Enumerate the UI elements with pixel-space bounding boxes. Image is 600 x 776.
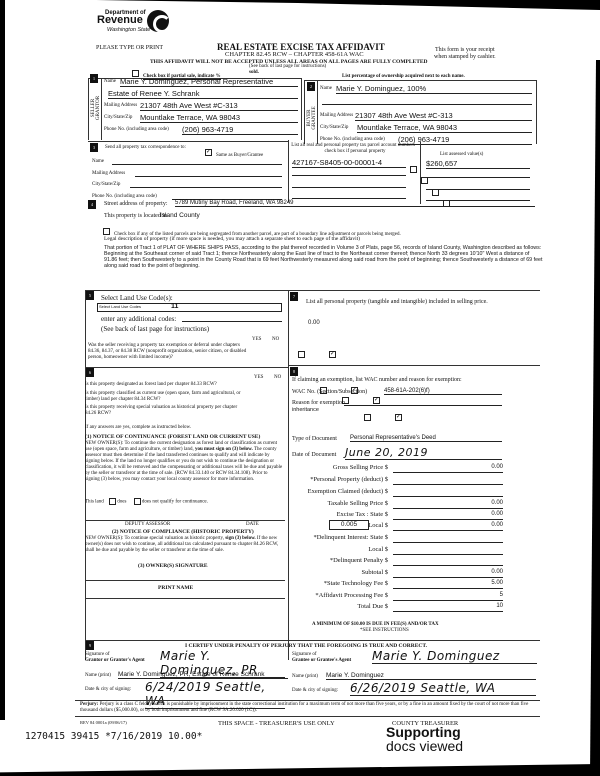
fee-value[interactable]: 0.00 (491, 500, 503, 506)
partial-sale-checkbox[interactable] (132, 70, 139, 77)
grantee-date-field[interactable]: 6/26/2019 Seattle, WA (350, 681, 536, 696)
additional-codes-label: enter any additional codes: (101, 315, 176, 323)
affidavit-page: Department of Revenue Washington State P… (0, 0, 600, 776)
wac-field[interactable]: 458-61A-202(6)f) (384, 388, 502, 395)
receipt-note-2: when stamped by cashier. (434, 54, 496, 61)
grantor-name-field[interactable]: Marie Y. Dominguez, PR, Estate of Renee … (118, 671, 288, 679)
form-chapter: CHAPTER 82.45 RCW – CHAPTER 458-61A WAC (225, 51, 364, 58)
dor-logo-icon (147, 10, 169, 32)
reason-label: Reason for exemption (292, 400, 345, 407)
section-7-badge: 7 (290, 292, 298, 301)
fee-value[interactable]: 10 (496, 603, 503, 609)
continuance-row: This land does does not qualify for cont… (85, 498, 208, 506)
land-use-code: 11 (171, 303, 178, 310)
seller-name-field[interactable]: Marie Y. Dominguez, Personal Representat… (120, 77, 298, 87)
seller-phone-label: Phone No. (including area code) (104, 127, 169, 133)
forest-if-yes: If any answers are yes, complete as inst… (85, 425, 191, 431)
grantor-name-label: Name (print) (85, 673, 111, 679)
fee-exemption-claimed: Exemption Claimed (deduct) $ (285, 488, 505, 499)
deputy-date-label: DATE (246, 522, 259, 528)
perjury-notice: Perjury: Perjury is a class C felony whi… (80, 702, 540, 714)
land-use-placeholder: Select Land Use Codes (99, 304, 141, 309)
fee-delinquent-interest-state: *Delinquent Interest: State $ (285, 534, 505, 545)
see-instructions-note: *SEE INSTRUCTIONS (360, 628, 409, 634)
notice2-text: NEW OWNER(S): To continue special valuat… (85, 536, 283, 554)
seller-phone-field[interactable]: (206) 963-4719 (182, 125, 298, 135)
section-5-badge: 5 (86, 291, 94, 300)
corr-name-label: Name (92, 159, 104, 165)
reason-field[interactable]: inheritance (292, 407, 319, 413)
exemption-claim-label: If claiming an exemption, list WAC numbe… (292, 377, 462, 384)
forest-question-2: Is this property classified as current u… (85, 391, 245, 403)
corr-phone-label: Phone No. (including area code) (92, 194, 157, 200)
agency-state: Washington State (107, 27, 150, 33)
land-use-yes-header: YES (252, 337, 261, 343)
corr-city-label: City/State/Zip (92, 182, 120, 188)
seller-name-label: Name (104, 79, 116, 85)
county-label: This property is located in (104, 213, 167, 220)
forest-question-1: Is this property designated as forest la… (85, 382, 250, 388)
fee-total-due: Total Due $ 10 (285, 603, 505, 614)
forest-no-header: NO (274, 375, 281, 381)
grantor-sig-label-2: Grantor or Grantor's Agent (85, 658, 145, 664)
land-use-select[interactable]: Select Land Use Codes 11 (97, 303, 282, 312)
owner-signature-field[interactable] (85, 580, 285, 581)
section-3-badge: 3 (90, 143, 98, 152)
scan-edge-left (0, 0, 5, 720)
fee-value[interactable]: 5.00 (491, 580, 503, 586)
doc-date-label: Date of Document (292, 452, 336, 459)
section-8-badge: 8 (290, 367, 298, 376)
fee-excise-state: Excise Tax : State $ 0.00 (285, 511, 505, 522)
corr-mailing-label: Mailing Address (92, 171, 125, 177)
print-name-label: PRINT NAME (158, 585, 193, 591)
notice2-title: (2) NOTICE OF COMPLIANCE (HISTORIC PROPE… (112, 529, 254, 535)
forest-question-3: Is this property receiving special valua… (85, 405, 245, 417)
street-address-label: Street address of property: (104, 201, 167, 208)
forest-q3-no-checkbox[interactable] (395, 414, 402, 421)
correspondence-label: Send all property tax correspondence to: (105, 145, 186, 151)
assessed-value-3[interactable] (426, 182, 530, 190)
deputy-assessor-label: DEPUTY ASSESSOR (125, 522, 170, 528)
buyer-mailing-label: Mailing Address (320, 113, 353, 119)
forest-yes-header: YES (254, 375, 263, 381)
personal-property-label: List all personal property (tangible and… (306, 299, 531, 306)
buyer-name-field[interactable]: Marie Y. Dominguez, 100% (336, 84, 532, 94)
fee-value[interactable]: 0.00 (491, 522, 503, 528)
parcel-number-2[interactable] (292, 168, 406, 176)
fee-delinquent-interest-local: Local $ (285, 546, 505, 557)
scan-edge-bottom (0, 764, 600, 776)
exemption-yes-checkbox[interactable] (298, 351, 305, 358)
section-4-badge: 4 (88, 200, 96, 209)
personal-property-value[interactable]: 0.00 (308, 320, 320, 326)
parcel-number-3[interactable] (292, 180, 406, 188)
corr-name-field[interactable] (112, 157, 282, 165)
same-as-buyer-checkbox[interactable] (205, 149, 212, 156)
wac-label: WAC No. (Section/Subsection) (292, 389, 367, 396)
fee-taxable-selling-price: Taxable Selling Price $ 0.00 (285, 500, 505, 511)
grantee-name-label: Name (print) (292, 674, 318, 680)
doc-type-field[interactable]: Personal Representative's Deed (350, 435, 502, 442)
county-value: Island County (160, 212, 200, 219)
doc-date-field[interactable]: June 20, 2019 (345, 446, 502, 460)
fee-subtotal: Subtotal $ 0.00 (285, 569, 505, 580)
grantee-name-field[interactable]: Marie Y. Dominguez (326, 672, 536, 680)
see-back-note: (See back of last page for instructions) (249, 64, 326, 70)
fee-state-technology: *State Technology Fee $ 5.00 (285, 580, 505, 591)
street-address-field[interactable]: 5789 Mutiny Bay Road, Freeland, WA 98249 (175, 200, 535, 207)
stamp-docs-viewed: docs viewed (386, 739, 463, 753)
land-use-see-back: (See back of last page for instructions) (101, 325, 209, 333)
assessed-value-1[interactable]: $260,657 (426, 159, 530, 169)
seller-mailing-field[interactable]: 21307 48th Ave West #C-313 (140, 101, 298, 111)
seller-city-label: City/State/Zip (104, 115, 132, 121)
sold-label: sold. (249, 70, 259, 76)
notice1-title: (1) NOTICE OF CONTINUANCE (FOREST LAND O… (85, 434, 260, 440)
parcel-number-4[interactable] (292, 191, 406, 199)
seller-city-field[interactable]: Mountlake Terrace, WA 98043 (140, 113, 298, 123)
legal-description[interactable]: That portion of Tract 1 of PLAT OF WHERE… (104, 245, 544, 269)
fee-personal-property: *Personal Property (deduct) $ (285, 476, 505, 487)
grantee-signature-field[interactable]: Marie Y. Dominguez (372, 649, 537, 664)
stamp-supporting: Supporting (386, 725, 461, 739)
corr-phone-field[interactable] (172, 192, 282, 200)
seller-side-label: SELLER GRANTOR (91, 88, 101, 128)
fee-affidavit-processing: *Affidavit Processing Fee $ 5 (285, 592, 505, 603)
segregated-checkbox[interactable] (103, 228, 110, 235)
agency-name: Revenue (97, 15, 143, 26)
assessed-value-header: List assessed value(s) (440, 152, 483, 158)
owner-signature-label: (3) OWNER(S) SIGNATURE (138, 563, 208, 569)
buyer-mailing-field[interactable]: 21307 48th Ave West #C-313 (355, 111, 532, 121)
treasurer-use-label: THIS SPACE - TREASURER'S USE ONLY (218, 720, 335, 727)
receipt-note-1: This form is your receipt (435, 47, 495, 54)
section-2-badge: 2 (307, 82, 315, 91)
legal-desc-label: Legal description of property (if more s… (104, 236, 360, 242)
fee-excise-local: Local $ 0.00 (285, 522, 505, 533)
buyer-city-label: City/State/Zip (320, 125, 348, 131)
land-use-label: Select Land Use Code(s): (101, 294, 173, 302)
additional-codes-field[interactable] (182, 314, 282, 322)
please-type-label: PLEASE TYPE OR PRINT (96, 45, 163, 52)
fee-value[interactable]: 0.00 (491, 569, 503, 575)
forest-q3-yes-checkbox[interactable] (364, 414, 371, 421)
fee-value[interactable]: 0.00 (491, 511, 503, 517)
scan-edge-right (590, 60, 600, 776)
seller-name-field-2[interactable]: Estate of Renee Y. Schrank (108, 89, 298, 99)
parcel-header: List all real and personal property tax … (291, 143, 419, 155)
land-use-no-header: NO (272, 337, 279, 343)
parcel-personal-checkbox-1[interactable] (410, 166, 417, 173)
parcel-number-1[interactable]: 427167-S8405-00-00001-4 (292, 158, 406, 168)
buyer-city-field[interactable]: Mountlake Terrace, WA 98043 (357, 123, 532, 133)
buyer-side-label: BUYER GRANTEE (307, 98, 317, 138)
fee-delinquent-penalty: *Delinquent Penalty $ (285, 557, 505, 568)
doc-type-label: Type of Document (292, 436, 337, 443)
grantee-sig-label-2: Grantee or Grantee's Agent (292, 658, 351, 664)
reason-line (344, 398, 502, 406)
exemption-no-checkbox[interactable] (329, 351, 336, 358)
fee-value[interactable]: 0.00 (491, 464, 503, 470)
seller-mailing-label: Mailing Address (104, 103, 137, 109)
exemption-question: Was the seller receiving a property tax … (88, 343, 248, 361)
assessed-value-2[interactable] (426, 170, 530, 178)
receipt-stamp-line: 1270415 39415 *7/16/2019 10.00* (25, 731, 202, 742)
scan-edge-top (96, 0, 600, 10)
grantee-date-label: Date & city of signing: (292, 688, 338, 694)
does-qualify-checkbox[interactable] (109, 498, 116, 505)
fee-value[interactable]: 5 (500, 592, 503, 598)
corr-mailing-field[interactable] (135, 169, 282, 177)
section-6-badge: 6 (86, 368, 94, 377)
grantor-date-label: Date & city of signing: (85, 687, 131, 693)
fee-gross-selling-price: Gross Selling Price $ 0.00 (285, 464, 505, 475)
section-1-badge: 1 (90, 74, 98, 83)
does-not-qualify-checkbox[interactable] (134, 498, 141, 505)
buyer-name-field-2[interactable] (322, 96, 532, 105)
notice1-text: NEW OWNER(S): To continue the current de… (85, 441, 283, 483)
corr-city-field[interactable] (130, 180, 282, 188)
section-9-badge: 9 (86, 641, 94, 650)
rev-code: REV 84 0001a (09/06/17) (80, 720, 127, 726)
buyer-name-label: Name (320, 86, 332, 92)
